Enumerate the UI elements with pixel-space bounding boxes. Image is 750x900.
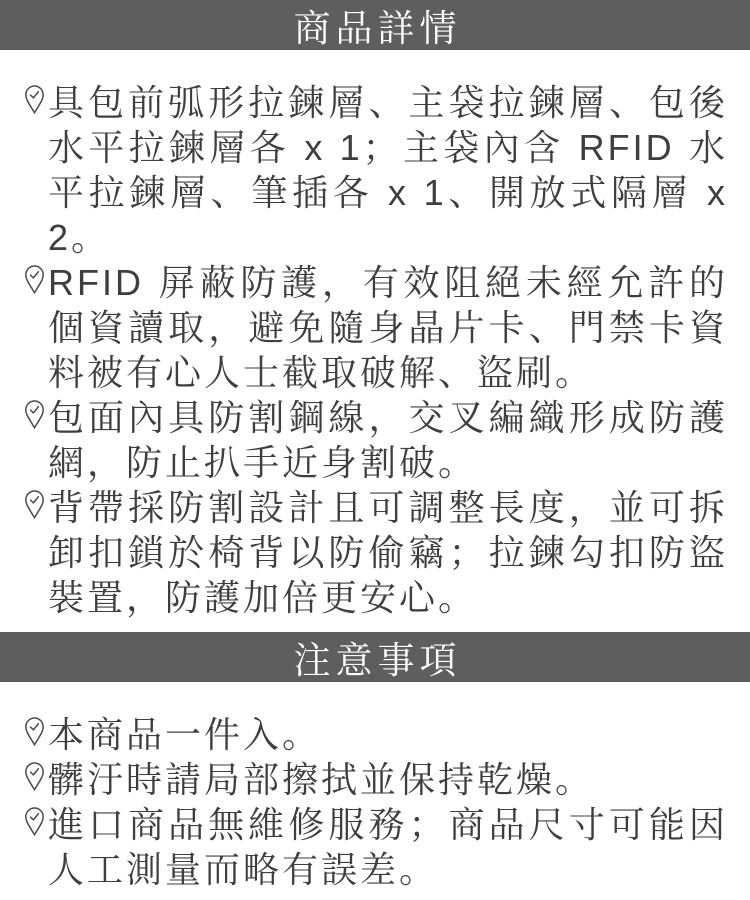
check-pin-icon — [24, 716, 45, 747]
list-item: RFID 屏蔽防護，有效阻絕未經允許的個資讀取，避免隨身晶片卡、門禁卡資料被有心… — [25, 260, 728, 395]
check-pin-icon — [24, 399, 45, 430]
list-item: 本商品一件入。 — [25, 712, 728, 757]
check-pin-icon — [24, 761, 45, 792]
list-item-text: 背帶採防割設計且可調整長度，並可拆卸扣鎖於椅背以防偷竊；拉鍊勾扣防盜裝置，防護加… — [48, 487, 728, 618]
section-notes: 注意事項 本商品一件入。 髒汙時請局部擦拭並保持乾燥。 進口商品無維修 — [0, 632, 750, 900]
list-item-text: 具包前弧形拉鍊層、主袋拉鍊層、包後水平拉鍊層各 x 1；主袋內含 RFID 水平… — [48, 82, 728, 258]
list-item: 具包前弧形拉鍊層、主袋拉鍊層、包後水平拉鍊層各 x 1；主袋內含 RFID 水平… — [25, 80, 728, 260]
list-item-text: 進口商品無維修服務；商品尺寸可能因人工測量而略有誤差。 — [48, 804, 728, 890]
list-item: 背帶採防割設計且可調整長度，並可拆卸扣鎖於椅背以防偷竊；拉鍊勾扣防盜裝置，防護加… — [25, 485, 728, 620]
product-details-header-bar: 商品詳情 — [0, 0, 750, 50]
list-item: 髒汙時請局部擦拭並保持乾燥。 — [25, 757, 728, 802]
product-details-title: 商品詳情 — [289, 0, 462, 52]
list-item: 包面內具防割鋼線，交叉編織形成防護網，防止扒手近身割破。 — [25, 395, 728, 485]
check-pin-icon — [24, 84, 45, 115]
notes-title: 注意事項 — [289, 630, 462, 684]
notes-list: 本商品一件入。 髒汙時請局部擦拭並保持乾燥。 進口商品無維修服務；商品尺寸可能因… — [0, 682, 750, 900]
list-item-text: 包面內具防割鋼線，交叉編織形成防護網，防止扒手近身割破。 — [48, 397, 728, 483]
list-item-text: 本商品一件入。 — [48, 714, 321, 755]
list-item-text: 髒汙時請局部擦拭並保持乾燥。 — [48, 759, 594, 800]
product-details-list: 具包前弧形拉鍊層、主袋拉鍊層、包後水平拉鍊層各 x 1；主袋內含 RFID 水平… — [0, 50, 750, 632]
list-item-text: RFID 屏蔽防護，有效阻絕未經允許的個資讀取，避免隨身晶片卡、門禁卡資料被有心… — [48, 262, 728, 393]
product-detail-page: 商品詳情 具包前弧形拉鍊層、主袋拉鍊層、包後水平拉鍊層各 x 1；主袋內含 RF… — [0, 0, 750, 900]
notes-header-bar: 注意事項 — [0, 632, 750, 682]
check-pin-icon — [24, 264, 45, 295]
list-item: 進口商品無維修服務；商品尺寸可能因人工測量而略有誤差。 — [25, 802, 728, 892]
check-pin-icon — [24, 806, 45, 837]
section-product-details: 商品詳情 具包前弧形拉鍊層、主袋拉鍊層、包後水平拉鍊層各 x 1；主袋內含 RF… — [0, 0, 750, 632]
check-pin-icon — [24, 489, 45, 520]
